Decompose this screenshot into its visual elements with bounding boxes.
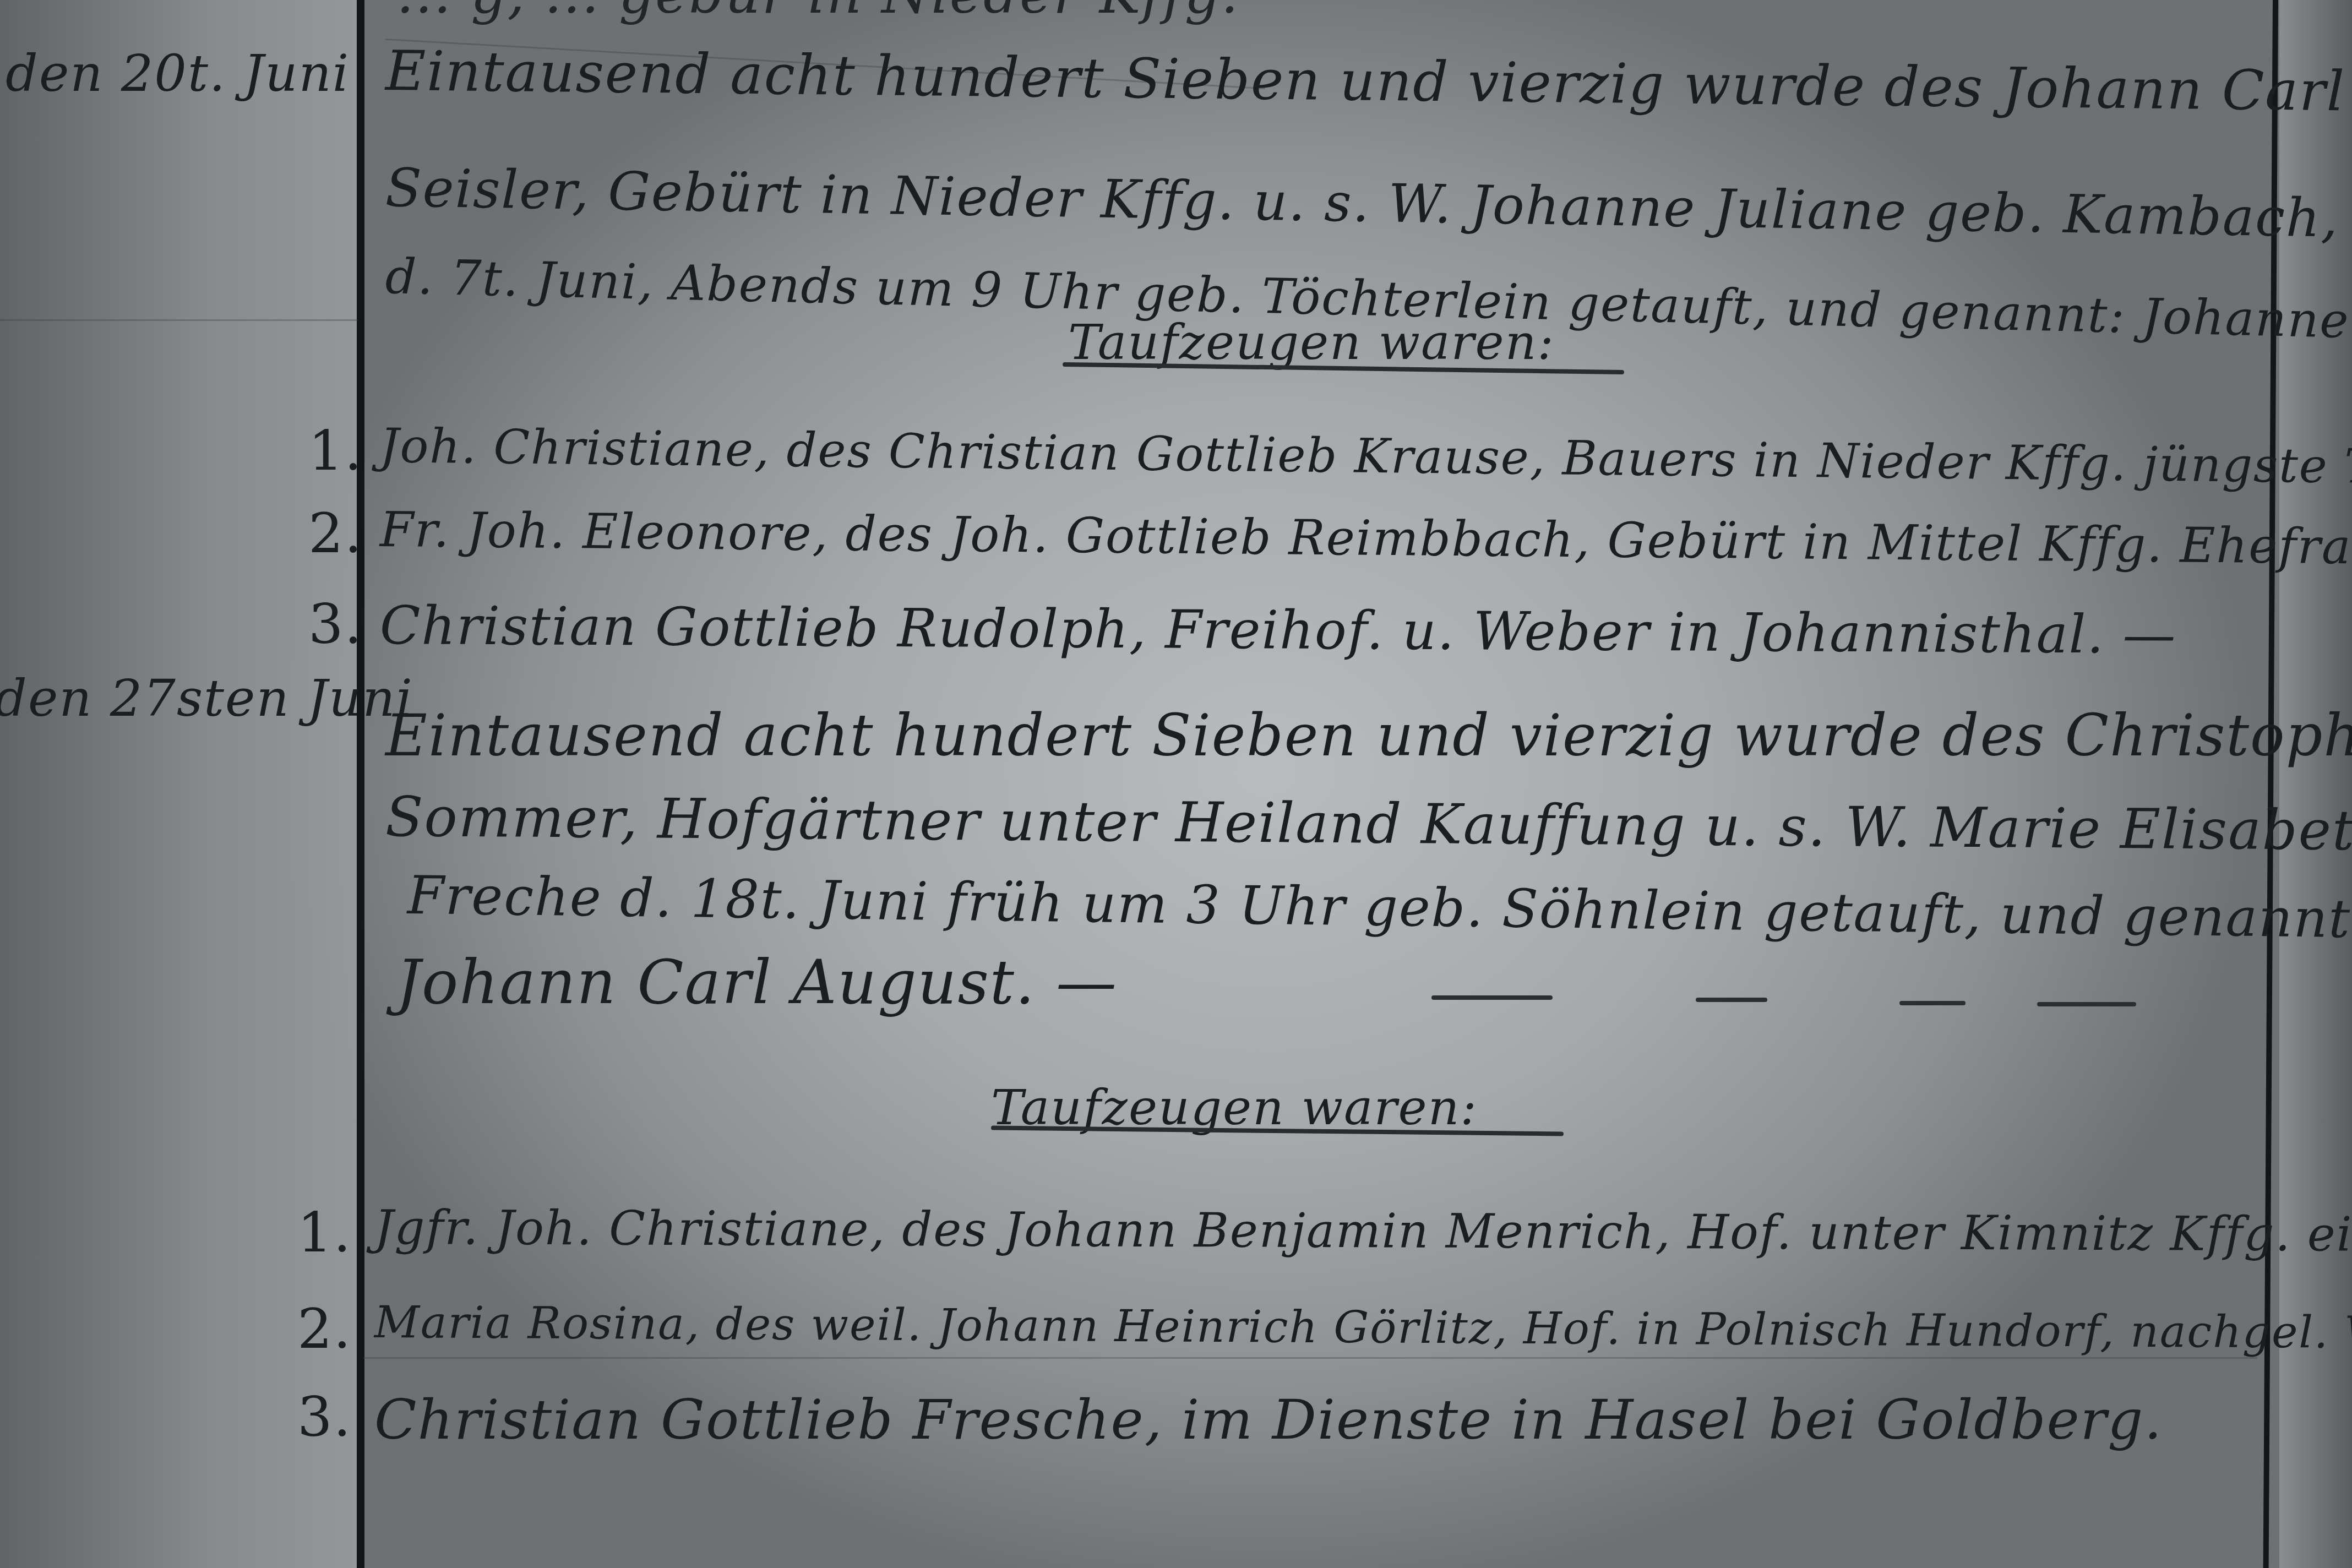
entry-2-witness-2-num: 2.: [297, 1297, 352, 1361]
top-fragment-text: ... g, ... gebur in Nieder Kffg.: [396, 0, 1239, 26]
ruled-line: [363, 1357, 2257, 1359]
entry-2-witness-3-num: 3.: [297, 1385, 352, 1449]
entry-2-witness-2: Maria Rosina, des weil. Johann Heinrich …: [374, 1297, 2352, 1359]
margin-ruled-line: [0, 319, 358, 321]
register-page: ... g, ... gebur in Nieder Kffg. den 20t…: [0, 0, 2352, 1568]
entry-1-witness-heading: Taufzeugen waren:: [1068, 314, 1555, 371]
entry-2-witness-1: Jgfr. Joh. Christiane, des Johann Benjam…: [374, 1200, 2352, 1263]
entry-1-line-2: Seisler, Gebürt in Nieder Kffg. u. s. W.…: [385, 157, 2339, 249]
filler-dash: [1696, 998, 1767, 1002]
entry-2-line-3: Freche d. 18t. Juni früh um 3 Uhr geb. S…: [407, 864, 2352, 950]
entry-1-witness-3: Christian Gottlieb Rudolph, Freihof. u. …: [380, 595, 2177, 666]
entry-2-margin-date: den 27sten Juni: [0, 669, 413, 728]
entry-2-witness-3: Christian Gottlieb Fresche, im Dienste i…: [374, 1387, 2163, 1452]
entry-1-margin-date: den 20t. Juni: [6, 44, 350, 103]
entry-1-witness-3-num: 3.: [308, 592, 363, 656]
entry-1-line-1: Eintausend acht hundert Sieben und vierz…: [385, 39, 2345, 123]
entry-2-line-2: Sommer, Hofgärtner unter Heiland Kauffun…: [385, 785, 2352, 863]
filler-dash: [2037, 1002, 2136, 1006]
filler-dash: [1899, 1001, 1966, 1005]
entry-1-witness-1-num: 1.: [308, 418, 363, 483]
margin-divider-rule: [357, 0, 364, 1568]
entry-2-witness-1-num: 1.: [297, 1200, 352, 1265]
entry-1-witness-2: Fr. Joh. Eleonore, des Joh. Gottlieb Rei…: [380, 501, 2352, 575]
entry-1-witness-1: Joh. Christiane, des Christian Gottlieb …: [379, 418, 2352, 496]
filler-dash: [1487, 995, 1553, 1000]
entry-2-line-4: Johann Carl August. —: [396, 947, 1118, 1017]
entry-2-line-1: Eintausend acht hundert Sieben und vierz…: [385, 702, 2352, 769]
entry-1-witness-2-num: 2.: [308, 501, 363, 565]
